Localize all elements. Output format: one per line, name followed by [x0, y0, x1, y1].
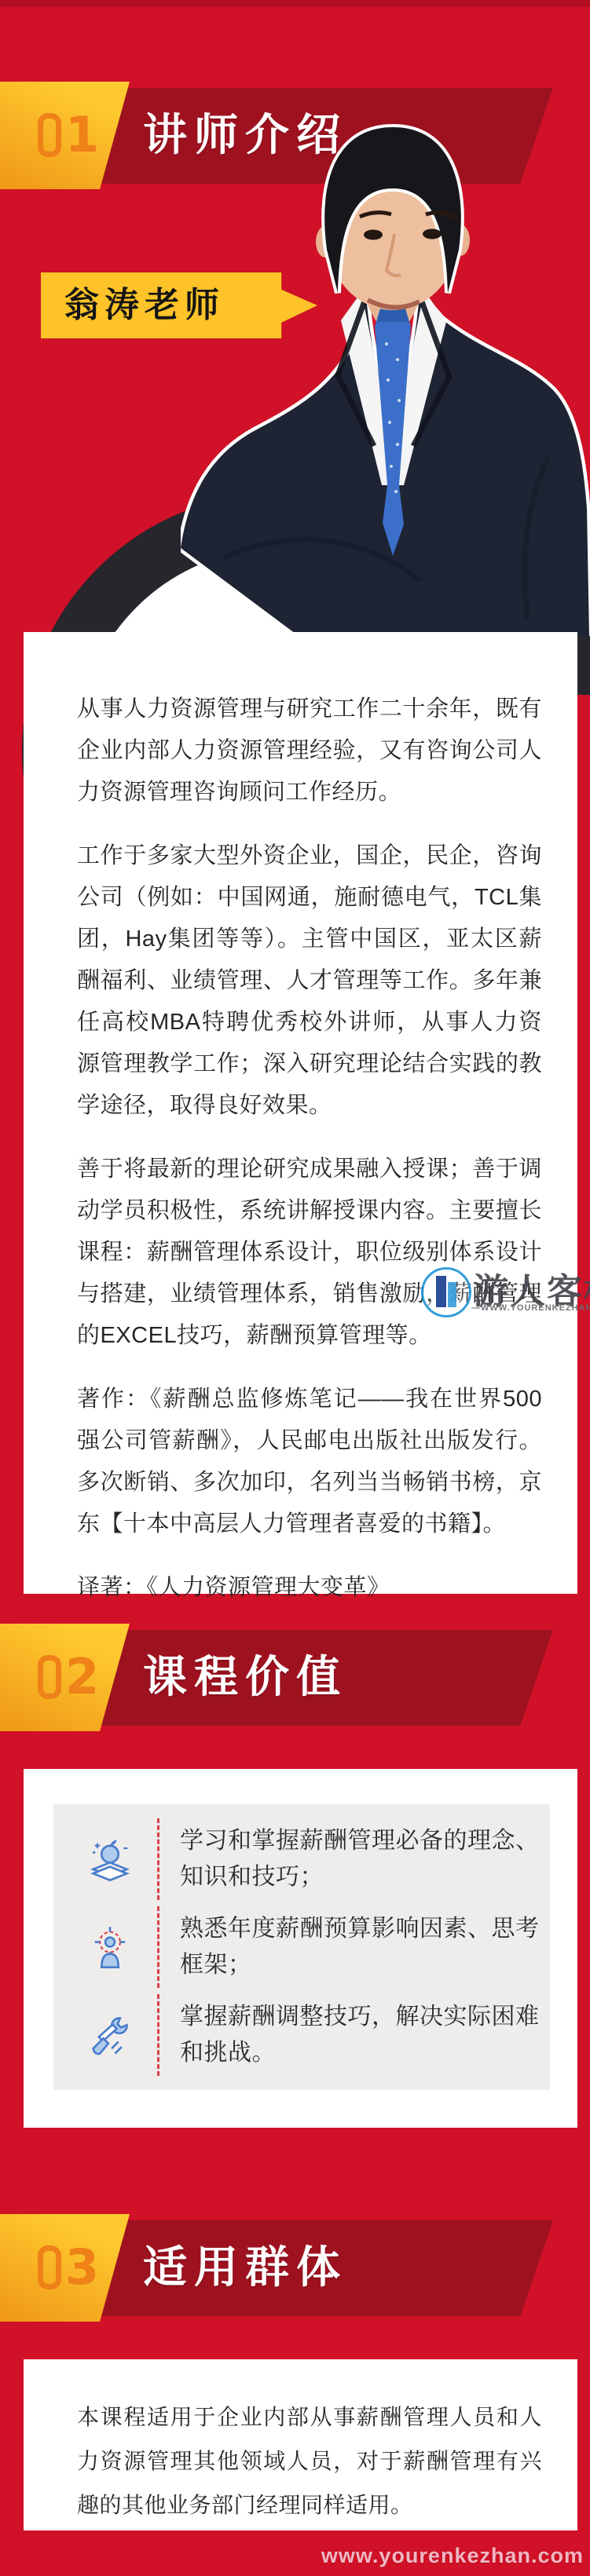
- lecturer-portrait-illustration: [181, 116, 590, 636]
- item-divider: [157, 1818, 159, 1900]
- item-divider: [157, 1994, 159, 2076]
- section-digit: 2: [65, 1655, 97, 1699]
- lecturer-name-tag: 翁涛老师: [41, 272, 317, 338]
- section-number: 1 01: [38, 113, 97, 157]
- lecturer-intro-card: 从事人力资源管理与研究工作二十余年，既有企业内部人力资源管理经验，又有咨询公司人…: [24, 632, 577, 1594]
- wrench-hand-icon: [85, 2010, 135, 2060]
- value-item: 学习和掌握薪酬管理必备的理念、知识和技巧；: [53, 1818, 550, 1900]
- intro-paragraph: 著作：《薪酬总监修炼笔记——我在世界500强公司管薪酬》，人民邮电出版社出版发行…: [77, 1379, 542, 1545]
- section-number: 3 03: [38, 2245, 97, 2289]
- value-item-text: 学习和掌握薪酬管理必备的理念、知识和技巧；: [180, 1823, 541, 1895]
- section-header-audience: 3 03 适用群体: [0, 2214, 590, 2322]
- course-value-card: 学习和掌握薪酬管理必备的理念、知识和技巧； 熟悉年度薪酬预算影响因素、思考框架；: [24, 1769, 577, 2128]
- watermark-buildings-icon: [421, 1267, 471, 1317]
- eye-right: [423, 229, 442, 239]
- book-apple-icon: [85, 1834, 135, 1884]
- intro-paragraph: 译著：《人力资源管理大变革》: [77, 1567, 542, 1609]
- footer-url: www.yourenkezhan.com: [321, 2544, 584, 2568]
- course-poster: 1 01 讲师介绍 翁涛老师: [0, 0, 590, 2576]
- intro-paragraph: 从事人力资源管理与研究工作二十余年，既有企业内部人力资源管理经验，又有咨询公司人…: [77, 689, 542, 813]
- watermark-site-url: —WWW.YOURENKEZHAN.COM—: [471, 1303, 590, 1313]
- audience-card: 本课程适用于企业内部从事薪酬管理人员和人力资源管理其他领域人员，对于薪酬管理有兴…: [24, 2359, 577, 2530]
- section-digit: 1: [65, 113, 97, 157]
- lecturer-photo: [181, 116, 590, 636]
- section-title: 课程价值: [143, 1650, 520, 1705]
- section-header-value: 2 02 课程价值: [0, 1624, 590, 1731]
- section-digit: 3: [65, 2245, 97, 2289]
- top-strip: [0, 0, 590, 7]
- section-number: 2 02: [38, 1655, 97, 1699]
- intro-paragraph: 善于将最新的理论研究成果融入授课；善于调动学员积极性，系统讲解授课内容。主要擅长…: [77, 1149, 542, 1357]
- section-title: 适用群体: [143, 2241, 520, 2296]
- intro-paragraph: 工作于多家大型外资企业，国企，民企，咨询公司（例如：中国网通，施耐德电气，TCL…: [77, 835, 542, 1127]
- audience-text: 本课程适用于企业内部从事薪酬管理人员和人力资源管理其他领域人员，对于薪酬管理有兴…: [77, 2395, 542, 2527]
- outlined-zero-shape: [38, 113, 61, 157]
- item-divider: [157, 1906, 159, 1988]
- value-item-text: 熟悉年度薪酬预算影响因素、思考框架；: [180, 1911, 541, 1983]
- outlined-zero-shape: [38, 2245, 61, 2289]
- eye-left: [364, 230, 383, 240]
- outlined-zero-shape: [38, 1655, 61, 1699]
- value-item: 熟悉年度薪酬预算影响因素、思考框架；: [53, 1906, 550, 1988]
- value-item-text: 掌握薪酬调整技巧，解决实际困难和挑战。: [180, 1999, 541, 2071]
- course-value-panel: 学习和掌握薪酬管理必备的理念、知识和技巧； 熟悉年度薪酬预算影响因素、思考框架；: [53, 1804, 550, 2090]
- value-item: 掌握薪酬调整技巧，解决实际困难和挑战。: [53, 1994, 550, 2076]
- lecturer-name: 翁涛老师: [41, 272, 317, 338]
- person-target-icon: [85, 1922, 135, 1972]
